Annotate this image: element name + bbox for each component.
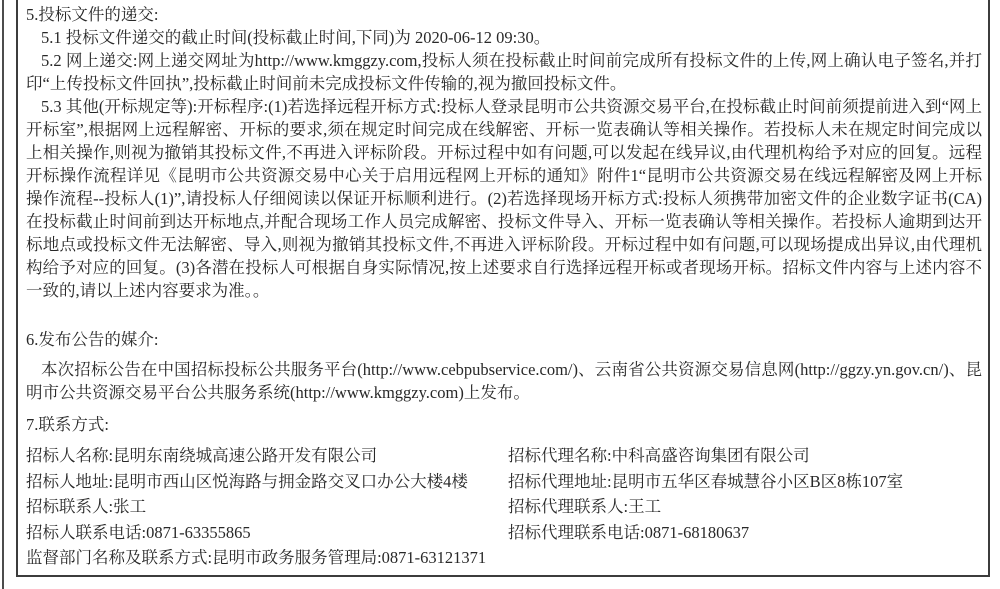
bidder-phone-row: 招标人联系电话:0871-63355865	[26, 520, 508, 546]
bidder-address-value: 昆明市西山区悦海路与拥金路交叉口办公大楼4楼	[113, 472, 468, 491]
bidder-address-label: 招标人地址:	[26, 472, 113, 491]
bidder-phone-value: 0871-63355865	[146, 523, 251, 542]
section7-heading: 7.联系方式:	[26, 413, 982, 436]
agency-name-row: 招标代理名称:中科高盛咨询集团有限公司	[508, 443, 982, 469]
bidder-contact-value: 张工	[113, 497, 146, 516]
supervision-label: 监督部门名称及联系方式:	[26, 548, 212, 567]
bidder-address-row: 招标人地址:昆明市西山区悦海路与拥金路交叉口办公大楼4楼	[26, 469, 508, 495]
supervision-row: 监督部门名称及联系方式:昆明市政务服务管理局:0871-63121371	[26, 545, 982, 571]
bidder-name-label: 招标人名称:	[26, 446, 113, 465]
supervision-value: 昆明市政务服务管理局:0871-63121371	[212, 548, 486, 567]
agency-phone-row: 招标代理联系电话:0871-68180637	[508, 520, 982, 546]
outer-table-border	[2, 0, 4, 589]
agency-name-value: 中科高盛咨询集团有限公司	[612, 446, 810, 465]
section-announcement-media: 6.发布公告的媒介: 本次招标公告在中国招标投标公共服务平台(http://ww…	[26, 328, 982, 404]
agency-contact-label: 招标代理联系人:	[508, 497, 628, 516]
section5-heading: 5.投标文件的递交:	[26, 3, 982, 26]
agency-contact-value: 王工	[628, 497, 661, 516]
bidder-name-value: 昆明东南绕城高速公路开发有限公司	[113, 446, 377, 465]
tender-announcement-page: 5.投标文件的递交: 5.1 投标文件递交的截止时间(投标截止时间,下同)为 2…	[0, 0, 1000, 589]
clause-5-2: 5.2 网上递交:网上递交网址为http://www.kmggzy.com,投标…	[26, 49, 982, 95]
agency-address-label: 招标代理地址:	[508, 472, 612, 491]
bidder-contact-label: 招标联系人:	[26, 497, 113, 516]
section-bid-submission: 5.投标文件的递交: 5.1 投标文件递交的截止时间(投标截止时间,下同)为 2…	[26, 3, 982, 302]
section6-heading: 6.发布公告的媒介:	[26, 328, 982, 351]
bidder-phone-label: 招标人联系电话:	[26, 523, 146, 542]
section-contact-info: 7.联系方式: 招标人名称:昆明东南绕城高速公路开发有限公司 招标代理名称:中科…	[26, 413, 982, 571]
agency-phone-value: 0871-68180637	[645, 523, 750, 542]
agency-address-value: 昆明市五华区春城慧谷小区B区8栋107室	[612, 472, 904, 491]
clause-5-1: 5.1 投标文件递交的截止时间(投标截止时间,下同)为 2020-06-12 0…	[26, 26, 982, 49]
agency-phone-label: 招标代理联系电话:	[508, 523, 645, 542]
clause-5-3: 5.3 其他(开标规定等):开标程序:(1)若选择远程开标方式:投标人登录昆明市…	[26, 95, 982, 302]
announcement-body: 5.投标文件的递交: 5.1 投标文件递交的截止时间(投标截止时间,下同)为 2…	[16, 0, 990, 577]
agency-contact-row: 招标代理联系人:王工	[508, 494, 982, 520]
section6-body: 本次招标公告在中国招标投标公共服务平台(http://www.cebpubser…	[26, 358, 982, 404]
agency-name-label: 招标代理名称:	[508, 446, 612, 465]
agency-address-row: 招标代理地址:昆明市五华区春城慧谷小区B区8栋107室	[508, 469, 982, 495]
bidder-contact-row: 招标联系人:张工	[26, 494, 508, 520]
contact-table: 招标人名称:昆明东南绕城高速公路开发有限公司 招标代理名称:中科高盛咨询集团有限…	[26, 443, 982, 571]
bidder-name-row: 招标人名称:昆明东南绕城高速公路开发有限公司	[26, 443, 508, 469]
